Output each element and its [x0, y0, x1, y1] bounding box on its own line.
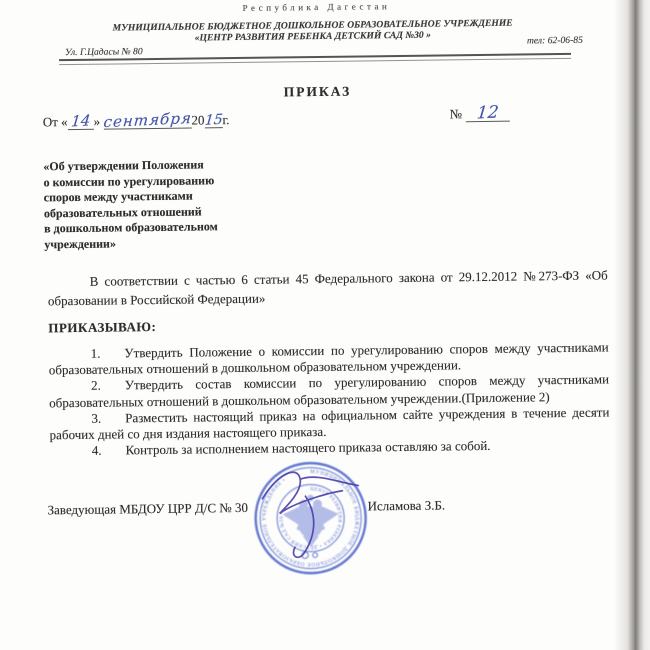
letterhead-address: Ул. Г.Цадасы № 80 [65, 46, 143, 58]
subject-line: в дошкольном образовательном [44, 220, 218, 238]
item-text: Разместить настоящий приказ на официальн… [50, 404, 610, 442]
date-prefix: От « [43, 114, 68, 129]
signature-position: Заведующая МБДОУ ЦРР Д/С № 30 [47, 500, 248, 518]
handwritten-day: 14 [67, 113, 94, 128]
signature-name: Исламова З.Б. [367, 497, 445, 514]
subject-line: споров между участниками [44, 188, 218, 206]
handwritten-order-number: 12 [465, 105, 510, 121]
date-year-printed: 20 [191, 112, 204, 127]
item-number: 4. [92, 443, 102, 458]
item-text: Утвердить состав комиссии по урегулирова… [49, 372, 609, 410]
letterhead-region: Республика Дагестан [16, 0, 616, 16]
handwritten-year: 15 [204, 113, 223, 128]
item-number: 1. [91, 346, 101, 361]
document-title: ПРИКАЗ [0, 80, 638, 104]
date-month-blank: сентября [103, 113, 191, 130]
official-round-stamp: МУНИЦИПАЛЬНОЕ БЮДЖЕТНОЕ ДОШКОЛЬНОЕ ОБРАЗ… [244, 451, 378, 585]
order-number-line: № 12 [450, 106, 510, 123]
preamble-paragraph: В соответствии с частью 6 статьи 45 Феде… [48, 265, 608, 310]
item-number: 2. [91, 378, 101, 393]
item-number: 3. [91, 410, 101, 425]
item-text: Утвердить Положение о комиссии по урегул… [49, 339, 609, 377]
date-year-blank: 15 [204, 113, 222, 128]
order-items-list: 1.Утвердить Положение о комиссии по урег… [49, 339, 610, 459]
date-year-suffix: г. [222, 112, 229, 127]
subject-block: «Об утверждении Положения о комиссии по … [43, 157, 218, 253]
letterhead-phone: тел: 62-06-85 [527, 35, 583, 47]
order-word: ПРИКАЗЫВАЮ: [48, 319, 156, 336]
date-line: От «14» сентября2015г. [43, 112, 230, 130]
date-close-quote: » [94, 114, 101, 129]
scanned-order-document: Республика Дагестан МУНИЦИПАЛЬНОЕ БЮДЖЕТ… [0, 0, 650, 650]
order-number-blank: 12 [465, 106, 509, 123]
subject-line: учреждении» [44, 235, 218, 253]
subject-line: «Об утверждении Положения [43, 157, 217, 175]
date-day-blank: 14 [68, 114, 94, 130]
handwritten-month: сентября [103, 111, 193, 129]
paper-sheet: Республика Дагестан МУНИЦИПАЛЬНОЕ БЮДЖЕТ… [0, 0, 650, 650]
order-number-label: № [450, 106, 463, 121]
